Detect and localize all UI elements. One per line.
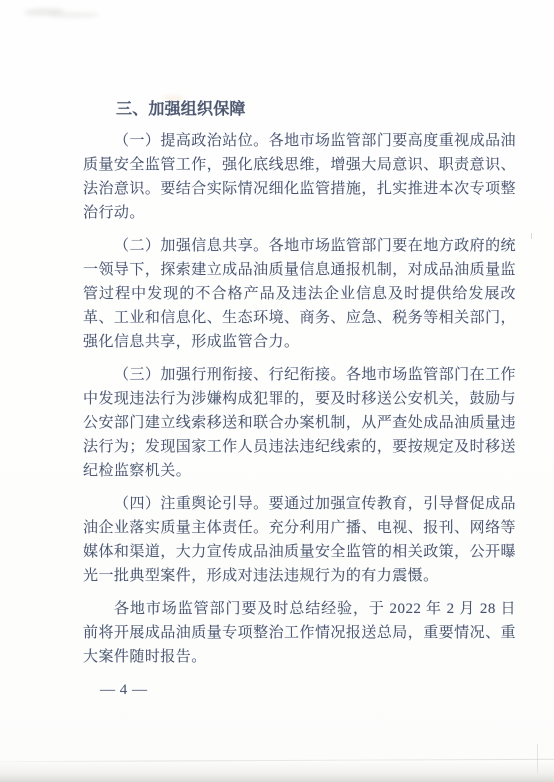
- scanned-document-page: 三、加强组织保障 （一）提高政治站位。各地市场监管部门要高度重视成品油质量安全监…: [0, 0, 554, 782]
- paragraph-item-2: （二）加强信息共享。各地市场监管部门要在地方政府的统一领导下，探索建立成品油质量…: [83, 234, 516, 354]
- paragraph-item-1: （一）提高政治站位。各地市场监管部门要高度重视成品油质量安全监管工作，强化底线思…: [83, 129, 516, 225]
- section-heading: 三、加强组织保障: [83, 98, 516, 122]
- paragraph-item-3: （三）加强行刑衔接、行纪衔接。各地市场监管部门在工作中发现违法行为涉嫌构成犯罪的…: [83, 363, 516, 483]
- scan-edge-shadow: [0, 762, 554, 782]
- scan-speck-artifact: [531, 233, 532, 239]
- paragraph-closing: 各地市场监管部门要及时总结经验，于 2022 年 2 月 28 日前将开展成品油…: [83, 597, 516, 669]
- page-number: — 4 —: [100, 678, 516, 702]
- document-body: 三、加强组织保障 （一）提高政治站位。各地市场监管部门要高度重视成品油质量安全监…: [83, 0, 516, 702]
- paragraph-item-4: （四）注重舆论引导。要通过加强宣传教育，引导督促成品油企业落实质量主体责任。充分…: [83, 492, 516, 588]
